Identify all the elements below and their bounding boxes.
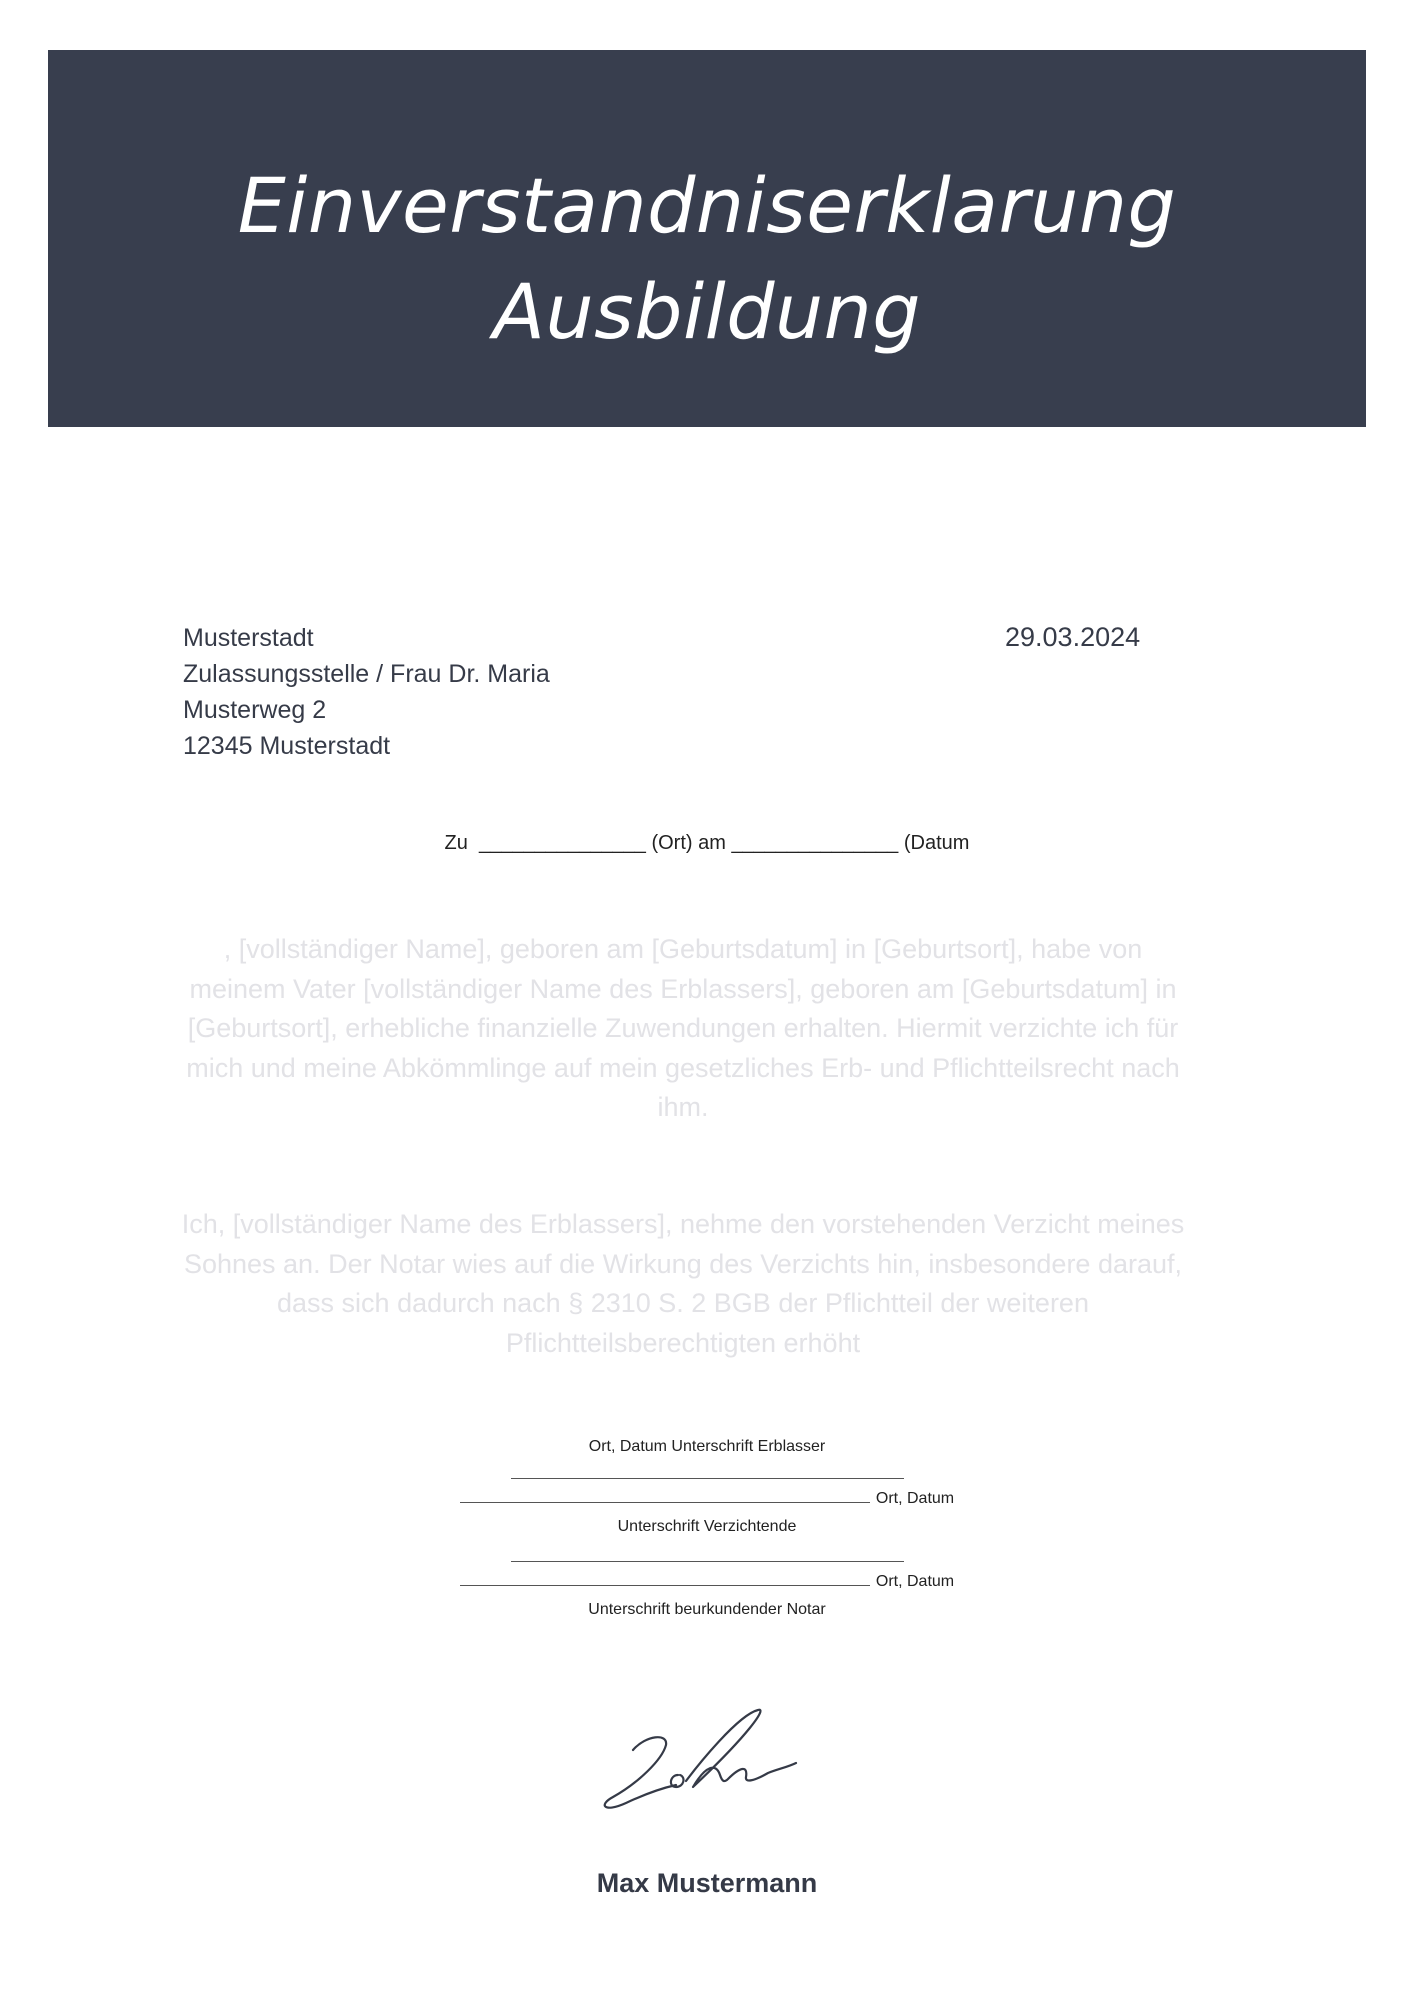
body-paragraph-2: Ich, [vollständiger Name des Erblassers]… — [178, 1205, 1188, 1363]
signature-line-long-2 — [460, 1584, 870, 1586]
address-line: 12345 Musterstadt — [183, 728, 550, 764]
label-verzichtende: Unterschrift Verzichtende — [0, 1518, 1414, 1536]
zu-prefix: Zu — [445, 832, 468, 854]
date-blank: _______________ — [731, 832, 898, 854]
title-line-1: Einverstandniserklarung — [48, 153, 1366, 259]
document-title: Einverstandniserklarung Ausbildung — [48, 153, 1366, 365]
signature-line-long-1 — [460, 1501, 870, 1503]
signature-line-short-2 — [0, 1549, 1414, 1567]
ort-datum-label-1: Ort, Datum — [876, 1490, 954, 1507]
signature-line-short-1 — [0, 1466, 1414, 1484]
ort-datum-label-2: Ort, Datum — [876, 1573, 954, 1590]
recipient-address: Musterstadt Zulassungsstelle / Frau Dr. … — [183, 620, 550, 764]
label-notar: Unterschrift beurkundender Notar — [0, 1601, 1414, 1619]
handwritten-signature — [598, 1705, 803, 1810]
address-line: Zulassungsstelle / Frau Dr. Maria — [183, 656, 550, 692]
body-paragraph-1: , [vollständiger Name], geboren am [Gebu… — [178, 930, 1188, 1128]
datum-label: (Datum — [904, 832, 970, 854]
signature-line-ort-datum-1: Ort, Datum — [0, 1490, 1414, 1508]
place-blank: _______________ — [479, 832, 646, 854]
address-line: Musterweg 2 — [183, 692, 550, 728]
signer-name: Max Mustermann — [0, 1868, 1414, 1899]
title-line-2: Ausbildung — [48, 259, 1366, 365]
signature-line-ort-datum-2: Ort, Datum — [0, 1573, 1414, 1591]
label-erblasser: Ort, Datum Unterschrift Erblasser — [0, 1438, 1414, 1456]
document-date: 29.03.2024 — [1005, 622, 1140, 653]
title-banner: Einverstandniserklarung Ausbildung — [48, 50, 1366, 427]
place-date-line: Zu _______________ (Ort) am ____________… — [0, 832, 1414, 855]
address-line: Musterstadt — [183, 620, 550, 656]
ort-am-label: (Ort) am — [651, 832, 725, 854]
